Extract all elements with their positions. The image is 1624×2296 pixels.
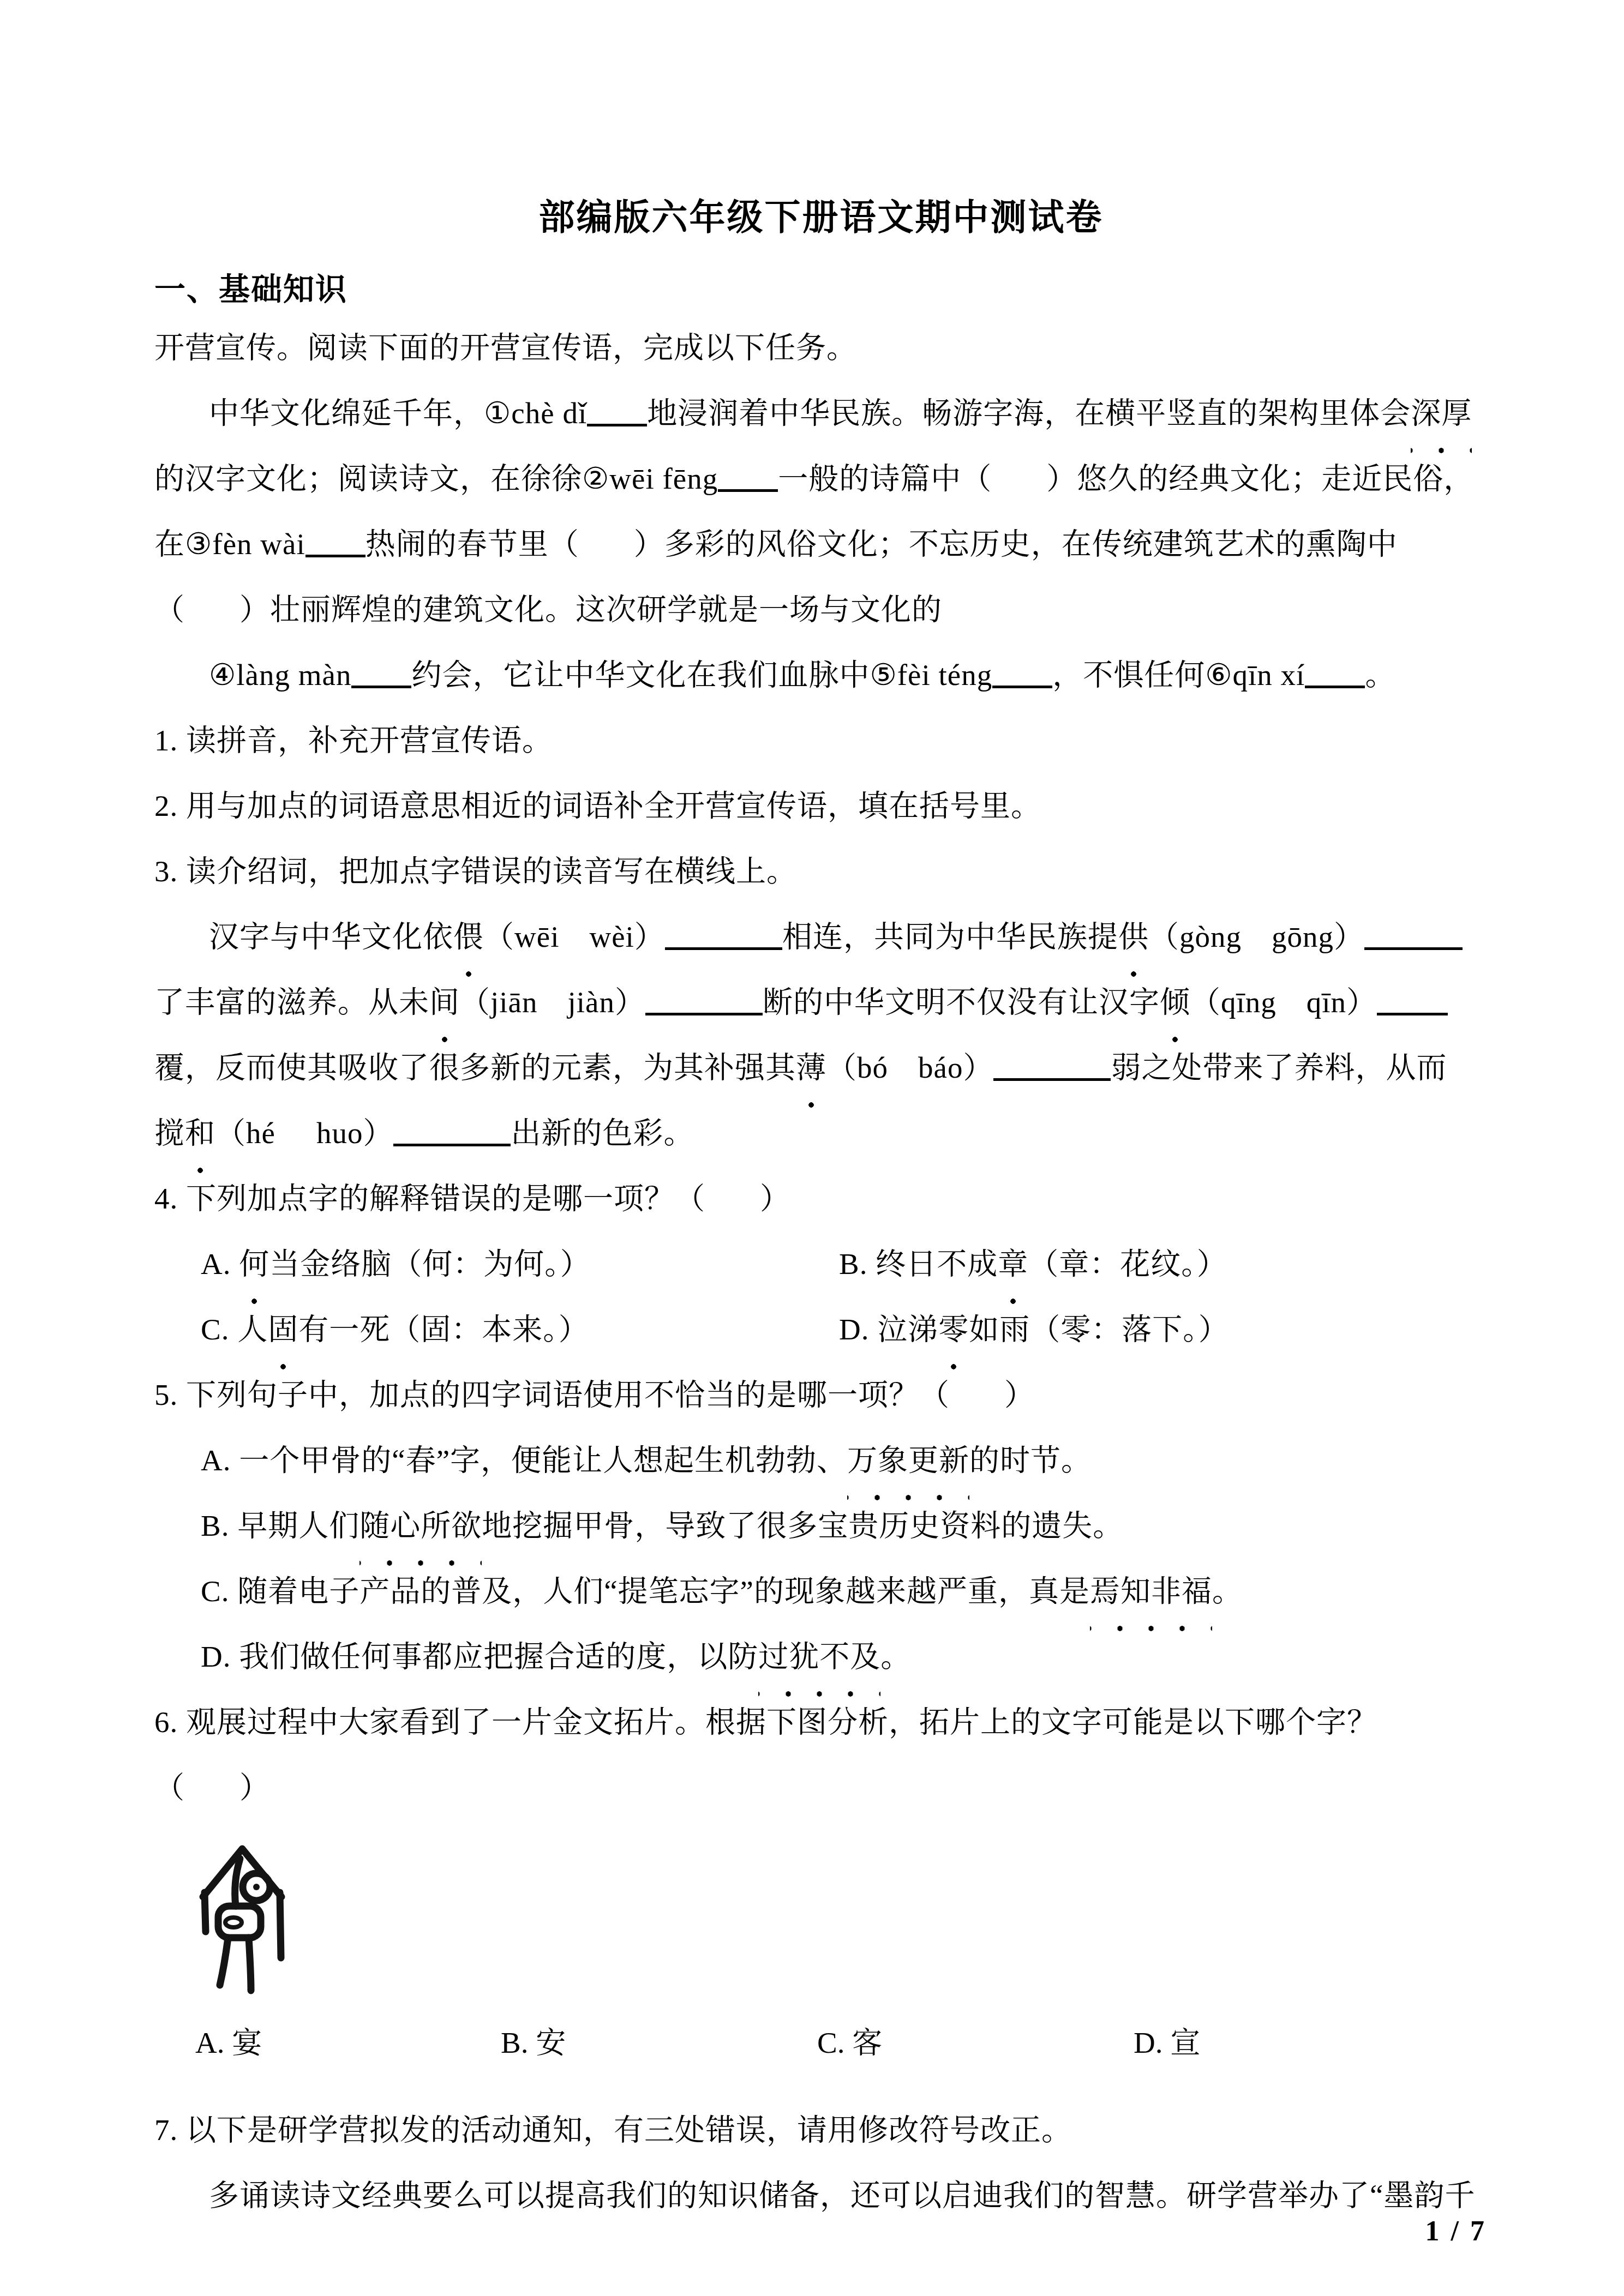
- section-intro: 开营宣传。阅读下面的开营宣传语，完成以下任务。: [154, 315, 1488, 381]
- bracket-gap: [1242, 946, 1272, 947]
- text-segment: 有一死（固：本来。）: [298, 1313, 589, 1346]
- text-segment: ）: [1004, 1378, 1035, 1411]
- q3-passage-line-3: 覆，反而使其吸收了很多新的元素，为其补强其薄（bóbáo）弱之处带来了养料，从而: [154, 1035, 1488, 1101]
- q4-option-row-2: C. 人固有一死（固：本来。） D. 泣涕零如雨（零：落下。）: [154, 1297, 1488, 1362]
- text-segment: B. 早期人们: [201, 1509, 359, 1542]
- glyph-right-leg: [249, 1938, 251, 1991]
- text-segment: 如雨（零：落下。）: [969, 1313, 1229, 1346]
- text-segment: （qīng: [1190, 985, 1277, 1019]
- bracket-gap: [538, 1012, 568, 1012]
- answer-blank: [645, 1008, 763, 1015]
- text-segment: C. 人: [201, 1313, 268, 1346]
- emphasized-text: 供: [1118, 904, 1149, 970]
- text-segment: （jiān: [460, 985, 537, 1019]
- q3-passage: 汉字与中华文化依偎（wēiwèi）相连，共同为中华民族提供（gònggōng） …: [154, 904, 1488, 1166]
- text-segment: báo）: [918, 1051, 993, 1084]
- q4-option-a: A. 何当金络脑（何：为何。）: [201, 1231, 839, 1297]
- text-segment: 。: [880, 1640, 911, 1673]
- bracket-gap: [888, 1077, 918, 1078]
- emphasized-text: 零: [938, 1297, 969, 1362]
- bracket-gap: [185, 1797, 239, 1798]
- text-segment: 当金络脑（何：为何。）: [269, 1247, 591, 1281]
- answer-blank: [992, 681, 1052, 688]
- q5-option-b: B. 早期人们随心所欲地挖掘甲骨，导致了很多宝贵历史资料的遗失。: [154, 1493, 1488, 1559]
- question-4: 4. 下列加点字的解释错误的是哪一项？（）: [154, 1166, 1488, 1231]
- text-segment: ）: [760, 1182, 790, 1215]
- text-segment: ②wēi fēng: [582, 462, 718, 495]
- emphasized-text: 万象更新: [847, 1428, 969, 1493]
- question-1: 1. 读拼音，补充开营宣传语。: [154, 708, 1488, 773]
- text-segment: ①chè dǐ: [484, 396, 587, 430]
- text-segment: （wēi: [484, 920, 559, 953]
- question-5: 5. 下列句子中，加点的四字词语使用不恰当的是哪一项？（）: [154, 1362, 1488, 1428]
- text-segment: huo）: [316, 1116, 394, 1150]
- text-segment: 搅: [154, 1116, 185, 1150]
- text-segment: 地浸润着中华民族。畅游字海，在横平竖直的架构里体会: [647, 396, 1411, 430]
- text-segment: 出新的色彩。: [511, 1116, 694, 1150]
- text-segment: 地挖掘甲骨，导致了很多宝贵历史资料的遗失。: [482, 1509, 1123, 1542]
- passage-line-2: 的汉字文化；阅读诗文，在徐徐②wēi fēng一般的诗篇中（）悠久的经典文化；走…: [154, 446, 1488, 512]
- emphasized-text: 何: [239, 1231, 269, 1297]
- q6-option-a: A. 宴: [195, 2010, 501, 2076]
- camp-slogan-passage: 中华文化绵延千年，①chè dǐ地浸润着中华民族。畅游字海，在横平竖直的架构里体…: [154, 381, 1488, 708]
- glyph-left-leg: [220, 1938, 228, 1985]
- q6-answer-bracket: （）: [154, 1755, 1488, 1820]
- text-segment: （bó: [826, 1051, 888, 1084]
- text-segment: ⑥qīn xí: [1205, 658, 1305, 692]
- text-segment: 汉字与中华文化依: [209, 920, 453, 953]
- section-heading: 一、基础知识: [154, 272, 1488, 308]
- text-segment: D. 泣涕: [839, 1313, 938, 1346]
- text-segment: 热闹的春节里（: [365, 527, 579, 561]
- answer-blank: [993, 1074, 1111, 1081]
- text-segment: 。: [1365, 658, 1395, 692]
- bracket-gap: [579, 554, 634, 554]
- text-segment: wèi）: [589, 920, 664, 953]
- text-segment: 的时节。: [969, 1444, 1092, 1477]
- emphasized-text: 深厚: [1411, 381, 1472, 446]
- glyph-box-inner: [225, 1918, 242, 1927]
- answer-blank: [718, 485, 778, 492]
- emphasized-text: 偎: [453, 904, 484, 970]
- emphasized-text: 和: [185, 1101, 215, 1166]
- emphasized-text: 过犹不及: [758, 1624, 880, 1690]
- text-segment: 约会，它让中华文化在我们血脉中: [411, 658, 870, 692]
- text-segment: ）悠久的经典文化；走近民俗，: [1046, 462, 1474, 495]
- q3-passage-line-4: 搅和（héhuo）出新的色彩。: [154, 1101, 1488, 1166]
- answer-blank: [1364, 943, 1463, 950]
- glyph-eye-center: [253, 1884, 260, 1890]
- text-segment: 。: [1212, 1574, 1243, 1608]
- page-title: 部编版六年级下册语文期中测试卷: [154, 195, 1488, 239]
- q6-option-d: D. 宣: [1134, 2010, 1200, 2076]
- emphasized-text: 固: [268, 1297, 298, 1362]
- emphasized-text: 倾: [1160, 970, 1190, 1035]
- passage-line-3: 在③fèn wài热闹的春节里（）多彩的风俗文化；不忘历史，在传统建筑艺术的熏陶…: [154, 512, 1488, 577]
- q4-option-d: D. 泣涕零如雨（零：落下。）: [839, 1297, 1229, 1362]
- bronze-inscription-image: [195, 1837, 1488, 2000]
- text-segment: 覆，反而使其吸收了很多新的元素，为其补强其: [154, 1051, 796, 1084]
- exam-page: 部编版六年级下册语文期中测试卷 一、基础知识 开营宣传。阅读下面的开营宣传语，完…: [0, 0, 1624, 2296]
- glyph-roof-right-leg: [280, 1892, 281, 1958]
- emphasized-text: 薄: [796, 1035, 826, 1101]
- text-segment: ③fèn wài: [185, 527, 305, 561]
- bracket-gap: [185, 619, 239, 620]
- text-segment: qīn）: [1307, 985, 1377, 1019]
- text-segment: ④làng màn: [209, 658, 351, 692]
- bracket-gap: [950, 1404, 1004, 1405]
- bracket-gap: [992, 488, 1046, 489]
- text-segment: 在: [154, 527, 185, 561]
- text-segment: （章：花纹。）: [1028, 1247, 1227, 1281]
- emphasized-text: 随心所欲: [359, 1493, 482, 1559]
- q3-passage-line-1: 汉字与中华文化依偎（wēiwèi）相连，共同为中华民族提供（gònggōng）: [154, 904, 1488, 970]
- question-3: 3. 读介绍词，把加点字错误的读音写在横线上。: [154, 839, 1488, 904]
- q6-option-c: C. 客: [817, 2010, 1134, 2076]
- answer-blank: [665, 943, 782, 950]
- glyph-roof-left-leg: [205, 1892, 206, 1932]
- emphasized-text: 章: [998, 1231, 1028, 1297]
- text-segment: 4. 下列加点字的解释错误的是哪一项？（: [154, 1182, 705, 1215]
- q3-passage-line-2: 了丰富的滋养。从未间（jiānjiàn）断的中华文明不仅没有让汉字倾（qīngq…: [154, 970, 1488, 1035]
- text-segment: 相连，共同为中华民族提: [782, 920, 1118, 953]
- text-segment: ）多彩的风俗文化；不忘历史，在传统建筑艺术的熏陶中: [634, 527, 1398, 561]
- q6-options: A. 宴 B. 安 C. 客 D. 宣: [154, 2010, 1488, 2076]
- q4-option-row-1: A. 何当金络脑（何：为何。） B. 终日不成章（章：花纹。）: [154, 1231, 1488, 1297]
- glyph-left-stroke: [235, 1859, 240, 1906]
- text-segment: 弱之处带来了养料，从而: [1111, 1051, 1447, 1084]
- text-segment: ）: [239, 1771, 270, 1804]
- emphasized-text: 间: [429, 970, 460, 1035]
- text-segment: 了丰富的滋养。从未: [154, 985, 429, 1019]
- text-segment: A. 一个甲骨的“春”字，便能让人想起生机勃勃、: [201, 1444, 847, 1477]
- passage-line-1: 中华文化绵延千年，①chè dǐ地浸润着中华民族。畅游字海，在横平竖直的架构里体…: [154, 381, 1488, 446]
- q7-passage: 多诵读诗文经典要么可以提高我们的知识储备，还可以启迪我们的智慧。研学营举办了“墨…: [154, 2163, 1488, 2228]
- q5-option-a: A. 一个甲骨的“春”字，便能让人想起生机勃勃、万象更新的时节。: [154, 1428, 1488, 1493]
- passage-line-5: ④làng màn约会，它让中华文化在我们血脉中⑤fèi téng，不惧任何⑥q…: [154, 642, 1488, 708]
- bracket-gap: [1277, 1012, 1307, 1012]
- emphasized-text: 焉知非福: [1090, 1559, 1212, 1624]
- text-segment: ⑤fèi téng: [870, 658, 992, 692]
- q5-option-c: C. 随着电子产品的普及，人们“提笔忘字”的现象越来越严重，真是焉知非福。: [154, 1559, 1488, 1624]
- text-segment: ）壮丽辉煌的建筑文化。这次研学就是一场与文化的: [239, 593, 942, 626]
- text-segment: jiàn）: [568, 985, 645, 1019]
- question-6: 6. 观展过程中大家看到了一片金文拓片。根据下图分析，拓片上的文字可能是以下哪个…: [154, 1690, 1488, 1755]
- text-segment: 中华文化绵延千年，: [209, 396, 484, 430]
- answer-blank: [393, 1139, 511, 1146]
- text-segment: 一般的诗篇中（: [778, 462, 992, 495]
- text-segment: gōng）: [1272, 920, 1364, 953]
- text-segment: C. 随着电子产品的普及，人们“提笔忘字”的现象越来越严重，真是: [201, 1574, 1090, 1608]
- text-segment: D. 我们做任何事都应把握合适的度，以防: [201, 1640, 758, 1673]
- answer-blank: [1377, 1008, 1448, 1015]
- text-segment: 5. 下列句子中，加点的四字词语使用不恰当的是哪一项？（: [154, 1378, 950, 1411]
- page-number: 1 / 7: [1425, 2215, 1487, 2247]
- text-segment: 的汉字文化；阅读诗文，在徐徐: [154, 462, 582, 495]
- text-segment: 断的中华文明不仅没有让汉字: [763, 985, 1160, 1019]
- answer-blank: [305, 550, 365, 557]
- q6-option-b: B. 安: [501, 2010, 817, 2076]
- answer-blank: [587, 419, 647, 426]
- text-segment: ，不惧任何: [1052, 658, 1205, 692]
- bracket-gap: [705, 1208, 760, 1209]
- text-segment: （: [154, 593, 185, 626]
- answer-blank: [351, 681, 411, 688]
- bracket-gap: [559, 946, 589, 947]
- bronze-glyph-drawing: [195, 1837, 291, 2000]
- bracket-gap: [275, 1143, 316, 1143]
- question-7: 7. 以下是研学营拟发的活动通知，有三处错误，请用修改符号改正。: [154, 2097, 1488, 2163]
- q5-option-d: D. 我们做任何事都应把握合适的度，以防过犹不及。: [154, 1624, 1488, 1690]
- q4-option-c: C. 人固有一死（固：本来。）: [201, 1297, 839, 1362]
- text-segment: （: [154, 1771, 185, 1804]
- answer-blank: [1305, 681, 1365, 688]
- text-segment: A.: [201, 1247, 239, 1281]
- text-segment: B. 终日不成: [839, 1247, 998, 1281]
- q4-option-b: B. 终日不成章（章：花纹。）: [839, 1231, 1227, 1297]
- text-segment: （hé: [215, 1116, 275, 1150]
- passage-line-4: （）壮丽辉煌的建筑文化。这次研学就是一场与文化的: [154, 577, 1488, 642]
- question-2: 2. 用与加点的词语意思相近的词语补全开营宣传语，填在括号里。: [154, 773, 1488, 839]
- text-segment: （gòng: [1149, 920, 1242, 953]
